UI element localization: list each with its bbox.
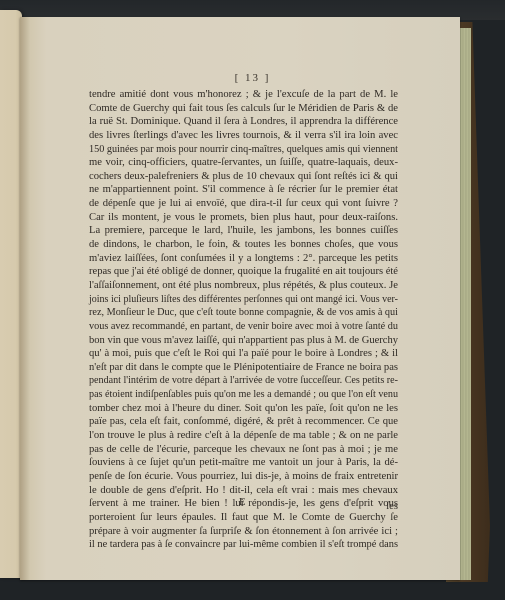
left-page-edge — [0, 10, 22, 578]
text-line: repas que j'ai été obligé de donner, quo… — [89, 265, 398, 279]
text-line: rez, Monſieur le Duc, que c'eſt toute bo… — [89, 306, 398, 320]
body-text: tendre amitié dont vous m'honorez ; & je… — [89, 88, 398, 552]
text-line: païe pas, cela eſt fait, conſommé, digér… — [89, 415, 398, 429]
page-gutter-shadow — [20, 17, 30, 580]
text-line: bon vin que vous m'avez laiſſé, qui n'ap… — [89, 334, 398, 348]
text-line: 150 guinées par mois pour nourrir cinq-m… — [89, 143, 398, 157]
text-line: pas de celle de l'écurie, parceque les c… — [89, 443, 398, 457]
text-line: de dindons, le charbon, le foin, & toute… — [89, 238, 398, 252]
text-line: des livres ſterlings d'avec les livres t… — [89, 129, 398, 143]
text-line: le double de gens d'eſprit. Ho ! dit-il,… — [89, 484, 398, 498]
text-line: Car ils montent, je vous le promets, bie… — [89, 211, 398, 225]
text-line: penſe de ſon écurie. Vous pourriez, lui … — [89, 470, 398, 484]
text-line: il ne tardera pas à ſe convaincre par lu… — [89, 538, 398, 552]
text-line: pas étoient indiſpenſables puis qu'on me… — [89, 388, 398, 402]
text-line: n'eſt par dit dans le compte que le Plén… — [89, 361, 398, 375]
text-line: ne m'appartiennent point. S'il commence … — [89, 183, 398, 197]
text-line: joins ici pluſieurs liſtes des différent… — [89, 293, 398, 307]
page-number: [ 13 ] — [0, 72, 505, 84]
text-line: vous avez recommandé, en partant, de ven… — [89, 320, 398, 334]
page-footer: E ſes — [89, 497, 398, 511]
signature-mark: E — [239, 497, 245, 508]
text-line: l'aſſaiſonnement, ont été plus nombreux,… — [89, 279, 398, 293]
text-line: tomber chez moi à l'heure du diner. Soit… — [89, 402, 398, 416]
text-line: cochers deux-palefreniers & plus de 10 c… — [89, 170, 398, 184]
text-line: m'aviez laiſſées, ſont conſumées il y a … — [89, 252, 398, 266]
text-line: de dépenſe que je lui ai envoïé, que dir… — [89, 197, 398, 211]
text-line: tendre amitié dont vous m'honorez ; & je… — [89, 88, 398, 102]
text-line: Comte de Guerchy qui fait tous ſes calcu… — [89, 102, 398, 116]
text-line: porteroient ſur leurs épaules. Il faut q… — [89, 511, 398, 525]
text-line: ſouviens à ce ſujet qu'un petit-maître m… — [89, 456, 398, 470]
text-line: La premiere, parceque le lard, l'huile, … — [89, 224, 398, 238]
text-line: me voir, cinq-officiers, quatre-ſervante… — [89, 156, 398, 170]
text-line: pendant l'intérim de votre départ à l'ar… — [89, 374, 398, 388]
catchword: ſes — [386, 501, 398, 512]
text-line: l'on trouve le plus à redire c'eſt à la … — [89, 429, 398, 443]
text-line: qu' à moi, puis que c'eſt le Roi qui l'a… — [89, 347, 398, 361]
text-line: la ruë St. Dominique. Quand il ſera à Lo… — [89, 115, 398, 129]
text-line: prépare à voir augmenter ſa ſurpriſe & ſ… — [89, 525, 398, 539]
